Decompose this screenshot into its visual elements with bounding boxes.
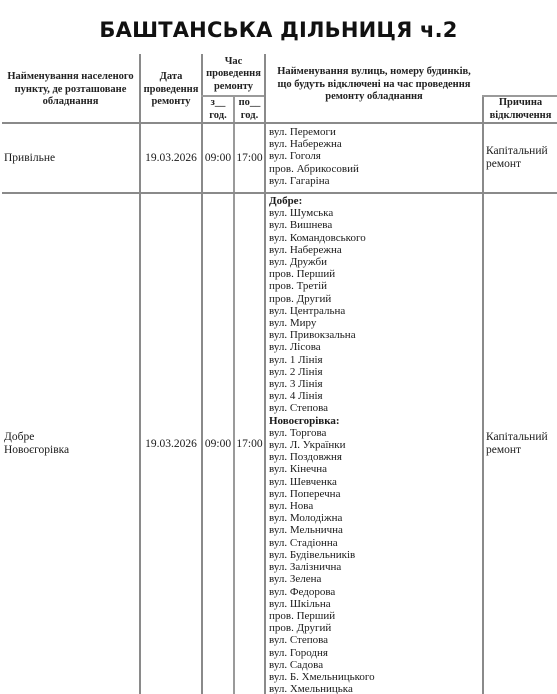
street-item: вул. Гоголя [269,150,359,162]
reason-cell: Капітальний ремонт [484,124,557,192]
street-item: вул. 2 Лінія [269,366,375,378]
settlement-cell: Привільне [4,124,137,192]
street-item: пров. Другий [269,293,375,305]
street-item: вул. Городня [269,647,375,659]
street-item: пров. Перший [269,610,375,622]
reason-cell: Капітальний ремонт [484,194,557,694]
street-item: вул. 4 Лінія [269,390,375,402]
header-time: Час проведення ремонту [203,54,264,95]
street-item: пров. Абрикосовий [269,163,359,175]
street-item: вул. Перемоги [269,126,359,138]
street-item: вул. Торгова [269,427,375,439]
header-date: Дата проведення ремонту [141,60,201,120]
header-time-to: по__ год. [235,97,264,122]
street-item: вул. Шумська [269,207,375,219]
street-item: вул. Мельнична [269,524,375,536]
date-cell: 19.03.2026 [141,124,201,192]
street-item: вул. Командовського [269,232,375,244]
street-item: вул. Стадіонна [269,537,375,549]
street-item: вул. Степова [269,402,375,414]
street-item: вул. Кінечна [269,463,375,475]
street-item: вул. Зелена [269,573,375,585]
header-time-from: з__ год. [203,97,233,122]
street-item: вул. 1 Лінія [269,354,375,366]
street-item: пров. Другий [269,622,375,634]
street-item: вул. Набережна [269,138,359,150]
street-item: вул. Будівельників [269,549,375,561]
street-item: вул. Шевченка [269,476,375,488]
street-item: вул. Степова [269,634,375,646]
street-item: вул. Шкільна [269,598,375,610]
page-title: БАШТАНСЬКА ДІЛЬНИЦЯ ч.2 [0,18,557,42]
header-reason: Причина відключення [484,97,557,122]
settlement-cell: Добре Новоєгорівка [4,194,137,694]
street-item: вул. Молодіжна [269,512,375,524]
street-item: вул. Поперечна [269,488,375,500]
street-item: вул. Б. Хмельницького [269,671,375,683]
streets-list: вул. Перемоги вул. Набережна вул. Гоголя… [269,126,359,187]
time-to-cell: 17:00 [235,194,264,694]
street-item: вул. Хмельницька [269,683,375,694]
street-item: вул. Федорова [269,586,375,598]
street-item: вул. Залізнична [269,561,375,573]
street-item: вул. Центральна [269,305,375,317]
header-settlement: Найменування населеного пункту, де розта… [2,60,139,120]
street-item: вул. Л. Українки [269,439,375,451]
divider [264,54,266,694]
time-from-cell: 09:00 [203,194,233,694]
time-to-cell: 17:00 [235,124,264,192]
date-cell: 19.03.2026 [141,194,201,694]
header-streets: Найменування вулиць, номеру будинків, що… [266,60,482,110]
street-item: вул. Дружби [269,256,375,268]
time-from-cell: 09:00 [203,124,233,192]
street-item: вул. 3 Лінія [269,378,375,390]
street-item: пров. Перший [269,268,375,280]
streets-list: Добре: вул. Шумська вул. Вишнева вул. Ко… [269,195,375,694]
street-item: вул. Лісова [269,341,375,353]
street-item: вул. Гагаріна [269,175,359,187]
street-item: вул. Набережна [269,244,375,256]
group-title: Новоєгорівка: [269,415,375,427]
street-item: вул. Поздовжня [269,451,375,463]
group-title: Добре: [269,195,375,207]
street-item: вул. Нова [269,500,375,512]
street-item: вул. Вишнева [269,219,375,231]
street-item: вул. Привокзальна [269,329,375,341]
street-item: вул. Садова [269,659,375,671]
street-item: вул. Миру [269,317,375,329]
street-item: пров. Третій [269,280,375,292]
